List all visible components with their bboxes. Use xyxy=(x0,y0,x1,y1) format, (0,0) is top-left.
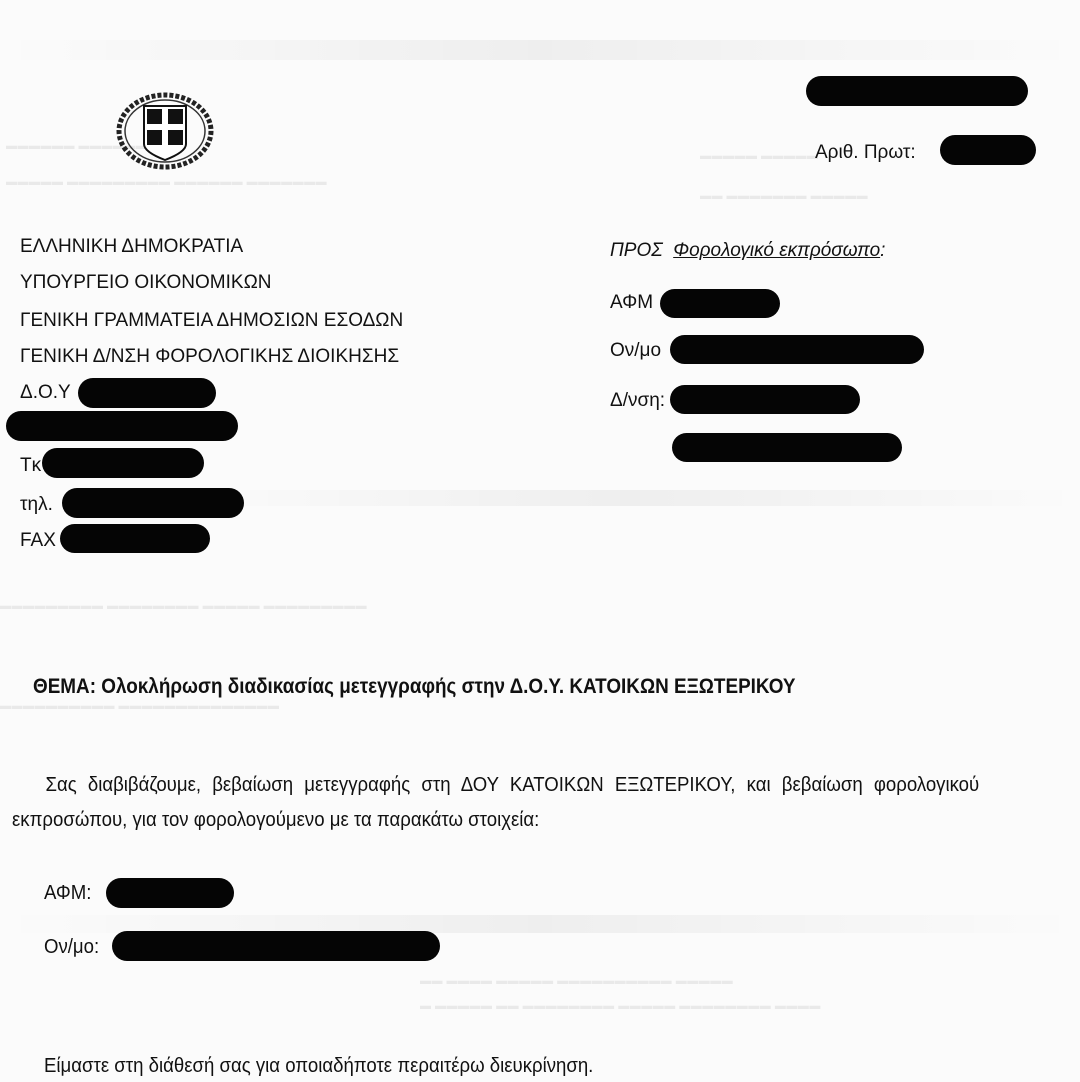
scan-smudge xyxy=(0,40,1080,60)
tk-label: Τκ xyxy=(20,455,41,477)
redaction-date xyxy=(806,76,1028,106)
bleed-through-text: ▬▬▬▬▬▬▬▬▬ ▬▬▬▬▬▬▬▬ ▬▬▬▬▬ ▬▬▬▬▬▬▬▬▬ xyxy=(0,600,367,612)
redaction-doy xyxy=(78,378,216,408)
header-line-directorate: ΓΕΝΙΚΗ Δ/ΝΣΗ ΦΟΡΟΛΟΓΙΚΗΣ ΔΙΟΙΚΗΣΗΣ xyxy=(20,346,399,368)
bleed-through-text: ▬▬▬▬▬ ▬▬▬▬▬ xyxy=(700,150,819,162)
closing-sentence: Είμαστε στη διάθεσή σας για οποιαδήποτε … xyxy=(44,1055,593,1078)
body-paragraph: Σας διαβιβάζουμε, βεβαίωση μετεγγραφής σ… xyxy=(12,768,979,838)
to-prefix: ΠΡΟΣ xyxy=(610,240,663,261)
fax-label: FAX xyxy=(20,530,56,552)
redaction-rep-address xyxy=(670,385,860,414)
scan-smudge xyxy=(180,490,1080,506)
redaction-tk xyxy=(42,448,204,478)
to-recipient: Φορολογικό εκπρόσωπο xyxy=(673,240,880,261)
to-suffix: : xyxy=(880,240,885,261)
redaction-taxpayer-afm xyxy=(106,878,234,908)
rep-address-label: Δ/νση: xyxy=(610,390,665,412)
redaction-tel xyxy=(62,488,244,518)
redaction-protocol xyxy=(940,135,1036,165)
tel-label: τηλ. xyxy=(20,494,53,516)
rep-name-label: Ον/μο xyxy=(610,340,661,362)
to-line: ΠΡΟΣ Φορολογικό εκπρόσωπο: xyxy=(610,240,885,262)
redaction-taxpayer-name xyxy=(112,931,440,961)
document-page: ▬▬▬▬▬▬ ▬▬▬▬▬▬▬▬ ▬▬▬▬▬ ▬▬▬▬▬▬▬▬▬ ▬▬▬▬▬▬ ▬… xyxy=(0,0,1080,1082)
redaction-rep-address-2 xyxy=(672,433,902,462)
rep-afm-label: ΑΦΜ xyxy=(610,292,653,314)
header-line-republic: ΕΛΛΗΝΙΚΗ ΔΗΜΟΚΡΑΤΙΑ xyxy=(20,236,243,258)
bleed-through-text: ▬▬▬▬▬▬▬▬▬▬ ▬▬▬▬▬▬▬▬▬▬▬▬▬▬ xyxy=(0,700,280,712)
subject-line: ΘΕΜΑ: Ολοκλήρωση διαδικασίας μετεγγραφής… xyxy=(33,675,795,699)
bleed-through-text: ▬▬▬▬▬ ▬▬▬▬▬▬▬▬▬ ▬▬▬▬▬▬ ▬▬▬▬▬▬▬ xyxy=(6,176,327,188)
redaction-fax xyxy=(60,524,210,553)
bleed-through-text: ▬▬ ▬▬▬▬ ▬▬▬▬▬ ▬▬▬▬▬▬▬▬▬▬ ▬▬▬▬▬ xyxy=(420,975,733,987)
doy-label: Δ.Ο.Υ xyxy=(20,382,71,404)
greek-coat-of-arms-icon xyxy=(114,92,216,170)
redaction-address xyxy=(6,411,238,441)
redaction-rep-name xyxy=(670,335,924,364)
bleed-through-text: ▬ ▬▬▬▬▬ ▬▬ ▬▬▬▬▬▬▬▬ ▬▬▬▬▬ ▬▬▬▬▬▬▬▬ ▬▬▬▬ xyxy=(420,1000,821,1012)
redaction-rep-afm xyxy=(660,289,780,318)
taxpayer-afm-label: ΑΦΜ: xyxy=(44,882,91,905)
header-line-ministry: ΥΠΟΥΡΓΕΙΟ ΟΙΚΟΝΟΜΙΚΩΝ xyxy=(20,272,272,294)
header-line-secretariat: ΓΕΝΙΚΗ ΓΡΑΜΜΑΤΕΙΑ ΔΗΜΟΣΙΩΝ ΕΣΟΔΩΝ xyxy=(20,310,403,332)
taxpayer-name-label: Ον/μο: xyxy=(44,936,99,959)
protocol-label: Αριθ. Πρωτ: xyxy=(815,142,916,164)
bleed-through-text: ▬▬ ▬▬▬▬▬▬▬ ▬▬▬▬▬ xyxy=(700,190,868,202)
